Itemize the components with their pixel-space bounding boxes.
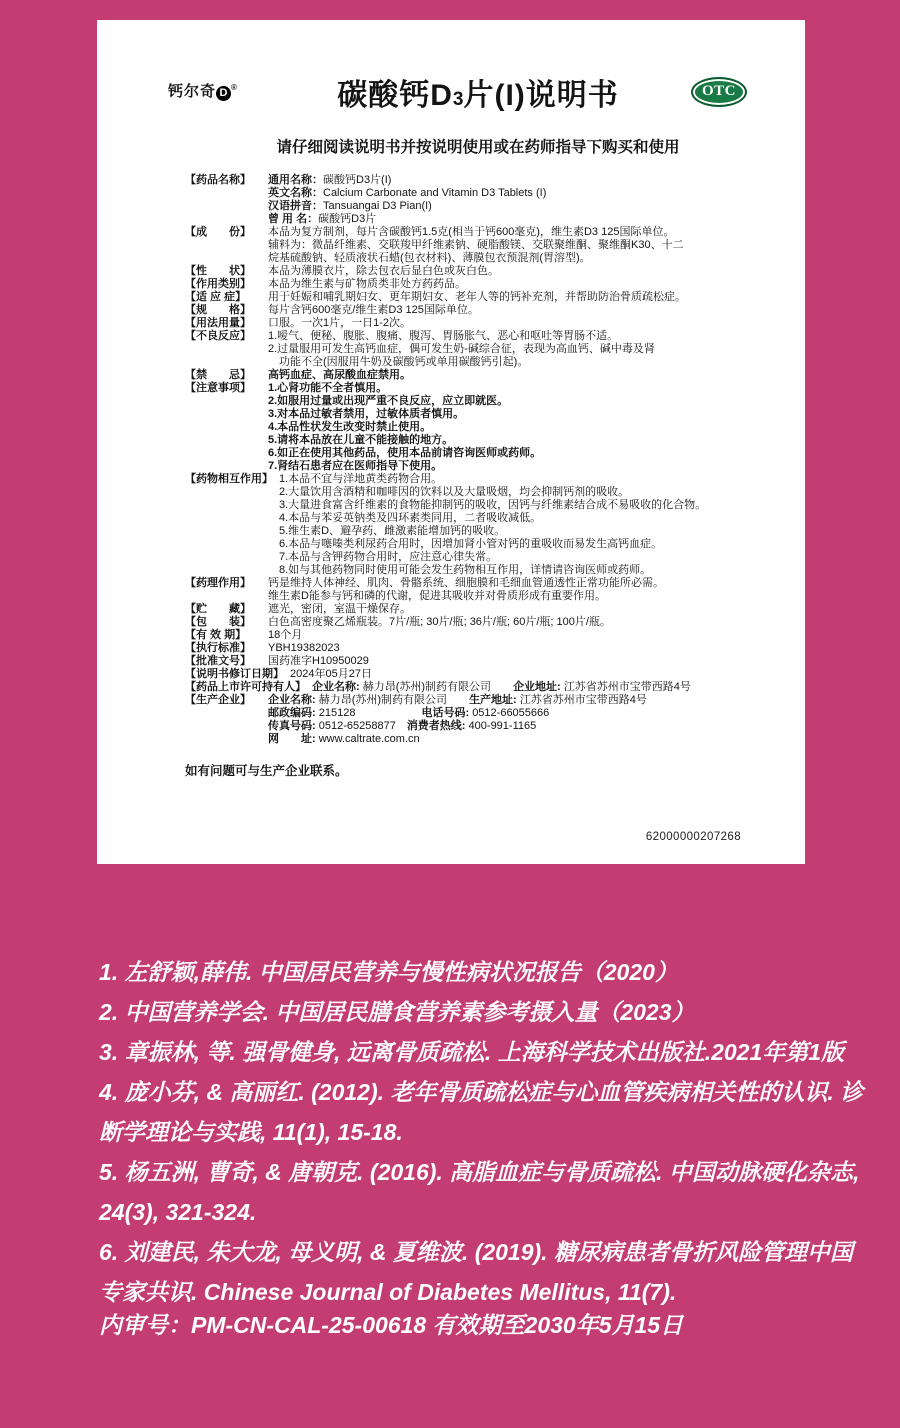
field-text: 215128: [319, 707, 422, 719]
section-line: 3.对本品过敏者禁用，过敏体质者慎用。: [268, 408, 771, 421]
section-line: 功能不全(因服用牛奶及碳酸钙或单用碳酸钙引起)。: [268, 356, 771, 369]
field-text: 碳酸钙D3片: [318, 213, 376, 225]
section-line: 7.肾结石患者应在医师指导下使用。: [268, 460, 771, 473]
field-label: 企业地址:: [513, 681, 564, 693]
section-label: 【生产企业】: [185, 694, 268, 707]
field-label: 4.本品性状发生改变时禁止使用。: [268, 421, 431, 433]
field-label: 6.如正在使用其他药品，使用本品前请咨询医师或药师。: [268, 447, 541, 459]
section-line: 18个月: [268, 629, 771, 642]
field-text: 18个月: [268, 629, 302, 641]
brand-d-mark-icon: D: [216, 86, 231, 101]
product-code: 62000000207268: [185, 831, 741, 843]
field-text: 1.嗳气、便秘、腹胀、腹痛、腹泻、胃肠胀气、恶心和呕吐等胃肠不适。: [268, 330, 618, 342]
field-text: 5.维生素D、避孕药、雌激素能增加钙的吸收。: [279, 525, 505, 537]
section-line: 英文名称：Calcium Carbonate and Vitamin D3 Ta…: [268, 187, 771, 200]
section-label: 【不良反应】: [185, 330, 268, 343]
section-label: 【注意事项】: [185, 382, 268, 395]
section-content: 遮光，密闭，室温干燥保存。: [268, 603, 771, 616]
section-line: 6.如正在使用其他药品，使用本品前请咨询医师或药师。: [268, 447, 771, 460]
section-line: 遮光，密闭，室温干燥保存。: [268, 603, 771, 616]
field-label: 企业名称:: [268, 694, 319, 706]
leaflet-sections: 【药品名称】通用名称：碳酸钙D3片(I)英文名称：Calcium Carbona…: [185, 174, 771, 746]
section-line: 汉语拼音：Tansuangai D3 Pian(I): [268, 200, 771, 213]
section-row: 【说明书修订日期】2024年05月27日: [185, 668, 771, 681]
field-text: 0512-65258877: [319, 720, 407, 732]
contact-note: 如有问题可与生产企业联系。: [185, 761, 771, 779]
section-line: 4.本品与苯妥英钠类及四环素类同用，二者吸收减低。: [279, 512, 771, 525]
title-subscript: 3: [453, 89, 464, 110]
field-text: 2024年05月27日: [290, 668, 372, 680]
section-content: 口服。一次1片，一日1-2次。: [268, 317, 771, 330]
section-row: 【不良反应】1.嗳气、便秘、腹胀、腹痛、腹泻、胃肠胀气、恶心和呕吐等胃肠不适。2…: [185, 330, 771, 369]
field-text: 白色高密度聚乙烯瓶装。7片/瓶; 30片/瓶; 36片/瓶; 60片/瓶; 10…: [268, 616, 611, 628]
section-label: 【药品名称】: [185, 174, 268, 187]
field-label: 通用名称：: [268, 174, 323, 186]
reference-item: 1. 左舒颖,薛伟. 中国居民营养与慢性病状况报告（2020）: [99, 952, 867, 992]
reference-item: 3. 章振林, 等. 强骨健身, 远离骨质疏松. 上海科学技术出版社.2021年…: [99, 1032, 867, 1072]
section-line: 通用名称：碳酸钙D3片(I): [268, 174, 771, 187]
reference-item: 5. 杨五洲, 曹奇, & 唐朝克. (2016). 高脂血症与骨质疏松. 中国…: [99, 1152, 867, 1232]
field-label: 3.对本品过敏者禁用，过敏体质者慎用。: [268, 408, 464, 420]
field-text: 6.本品与噻嗪类利尿药合用时，因增加肾小管对钙的重吸收而易发生高钙血症。: [279, 538, 662, 550]
section-content: 18个月: [268, 629, 771, 642]
field-text: Tansuangai D3 Pian(I): [323, 200, 432, 212]
field-text: 赫力昂(苏州)制药有限公司: [319, 694, 469, 706]
section-line: 维生素D能参与钙和磷的代谢，促进其吸收并对骨质形成有重要作用。: [268, 590, 771, 603]
section-line: 2.如服用过量或出现严重不良反应，应立即就医。: [268, 395, 771, 408]
section-content: 用于妊娠和哺乳期妇女、更年期妇女、老年人等的钙补充剂，并帮助防治骨质疏松症。: [268, 291, 771, 304]
section-row: 【生产企业】企业名称: 赫力昂(苏州)制药有限公司 生产地址: 江苏省苏州市宝带…: [185, 694, 771, 746]
field-text: 2.大量饮用含酒精和咖啡因的饮料以及大量吸烟，均会抑制钙剂的吸收。: [279, 486, 629, 498]
section-row: 【药理作用】钙是维持人体神经、肌肉、骨骼系统、细胞膜和毛细血管通透性正常功能所必…: [185, 577, 771, 603]
field-label: 曾 用 名：: [268, 213, 318, 225]
field-text: 每片含钙600毫克/维生素D3 125国际单位。: [268, 304, 479, 316]
references-list: 1. 左舒颖,薛伟. 中国居民营养与慢性病状况报告（2020）2. 中国营养学会…: [99, 952, 867, 1312]
section-line: 3.大量进食富含纤维素的食物能抑制钙的吸收，因钙与纤维素结合成不易吸收的化合物。: [279, 499, 771, 512]
section-content: 1.心肾功能不全者慎用。2.如服用过量或出现严重不良反应，应立即就医。3.对本品…: [268, 382, 771, 473]
brand-logo: 钙尔奇D®: [168, 80, 237, 101]
field-text: 维生素D能参与钙和磷的代谢，促进其吸收并对骨质形成有重要作用。: [268, 590, 606, 602]
section-row: 【性 状】本品为薄膜衣片，除去包衣后显白色或灰白色。: [185, 265, 771, 278]
field-text: 8.如与其他药物同时使用可能会发生药物相互作用，详情请咨询医师或药师。: [279, 564, 651, 576]
section-line: 4.本品性状发生改变时禁止使用。: [268, 421, 771, 434]
field-text: 4.本品与苯妥英钠类及四环素类同用，二者吸收减低。: [279, 512, 541, 524]
field-text: Calcium Carbonate and Vitamin D3 Tablets…: [323, 187, 546, 199]
section-row: 【贮 藏】遮光，密闭，室温干燥保存。: [185, 603, 771, 616]
field-label: 消费者热线:: [407, 720, 469, 732]
section-label: 【说明书修订日期】: [185, 668, 290, 681]
section-content: 高钙血症、高尿酸血症禁用。: [268, 369, 771, 382]
title-text-1: 碳酸钙D: [337, 79, 453, 112]
section-content: 国药准字H10950029: [268, 655, 771, 668]
section-row: 【包 装】白色高密度聚乙烯瓶装。7片/瓶; 30片/瓶; 36片/瓶; 60片/…: [185, 616, 771, 629]
section-label: 【有 效 期】: [185, 629, 268, 642]
audit-number-line: 内审号：PM-CN-CAL-25-00618 有效期至2030年5月15日: [99, 1308, 867, 1342]
section-label: 【作用类别】: [185, 278, 268, 291]
field-label: 网 址:: [268, 733, 319, 745]
leaflet-title: 碳酸钙D3片(I)说明书: [185, 78, 771, 118]
product-leaflet: 钙尔奇D® OTC 碳酸钙D3片(I)说明书 请仔细阅读说明书并按说明使用或在药…: [97, 20, 805, 864]
section-label: 【用法用量】: [185, 317, 268, 330]
field-text: 江苏省苏州市宝带西路4号: [520, 694, 647, 706]
page-background: { "colors": { "background": "#C33D72", "…: [0, 0, 900, 1428]
field-label: 传真号码:: [268, 720, 319, 732]
section-line: 国药准字H10950029: [268, 655, 771, 668]
section-line: 邮政编码: 215128 电话号码: 0512-66055666: [268, 707, 771, 720]
section-line: 用于妊娠和哺乳期妇女、更年期妇女、老年人等的钙补充剂，并帮助防治骨质疏松症。: [268, 291, 771, 304]
section-content: 2024年05月27日: [290, 668, 771, 681]
section-line: 2.大量饮用含酒精和咖啡因的饮料以及大量吸烟，均会抑制钙剂的吸收。: [279, 486, 771, 499]
section-line: 本品为薄膜衣片，除去包衣后显白色或灰白色。: [268, 265, 771, 278]
section-line: 本品为复方制剂，每片含碳酸钙1.5克(相当于钙600毫克)，维生素D3 125国…: [268, 226, 771, 239]
section-label: 【药理作用】: [185, 577, 268, 590]
section-content: 每片含钙600毫克/维生素D3 125国际单位。: [268, 304, 771, 317]
field-text: 赫力昂(苏州)制药有限公司: [363, 681, 513, 693]
field-label: 电话号码:: [421, 707, 472, 719]
field-label: 生产地址:: [469, 694, 520, 706]
field-text: 用于妊娠和哺乳期妇女、更年期妇女、老年人等的钙补充剂，并帮助防治骨质疏松症。: [268, 291, 686, 303]
section-line: 烷基硫酸钠、轻质液状石蜡(包衣材料)、薄膜包衣预混剂(胃溶型)。: [268, 252, 771, 265]
field-label: 7.肾结石患者应在医师指导下使用。: [268, 460, 442, 472]
section-line: 1.嗳气、便秘、腹胀、腹痛、腹泻、胃肠胀气、恶心和呕吐等胃肠不适。: [268, 330, 771, 343]
section-row: 【成 份】本品为复方制剂，每片含碳酸钙1.5克(相当于钙600毫克)，维生素D3…: [185, 226, 771, 265]
field-label: 英文名称：: [268, 187, 323, 199]
field-text: 江苏省苏州市宝带西路4号: [564, 681, 691, 693]
section-row: 【作用类别】本品为维生素与矿物质类非处方药药品。: [185, 278, 771, 291]
field-text: 1.本品不宜与洋地黄类药物合用。: [279, 473, 442, 485]
field-label: 邮政编码:: [268, 707, 319, 719]
section-line: 6.本品与噻嗪类利尿药合用时，因增加肾小管对钙的重吸收而易发生高钙血症。: [279, 538, 771, 551]
title-text-2: 片(I)说明书: [463, 79, 618, 112]
section-row: 【批准文号】国药准字H10950029: [185, 655, 771, 668]
section-row: 【禁 忌】高钙血症、高尿酸血症禁用。: [185, 369, 771, 382]
field-text: 遮光，密闭，室温干燥保存。: [268, 603, 411, 615]
field-label: 高钙血症、高尿酸血症禁用。: [268, 369, 411, 381]
field-text: 3.大量进食富含纤维素的食物能抑制钙的吸收，因钙与纤维素结合成不易吸收的化合物。: [279, 499, 706, 511]
section-line: 2.过量服用可发生高钙血症，偶可发生奶-碱综合征，表现为高血钙、碱中毒及肾: [268, 343, 771, 356]
section-label: 【成 份】: [185, 226, 268, 239]
section-row: 【药品上市许可持有人】企业名称: 赫力昂(苏州)制药有限公司 企业地址: 江苏省…: [185, 681, 771, 694]
section-label: 【药品上市许可持有人】: [185, 681, 312, 694]
brand-name: 钙尔奇: [168, 83, 216, 100]
section-line: 传真号码: 0512-65258877 消费者热线: 400-991-1165: [268, 720, 771, 733]
section-label: 【贮 藏】: [185, 603, 268, 616]
section-content: 企业名称: 赫力昂(苏州)制药有限公司 企业地址: 江苏省苏州市宝带西路4号: [312, 681, 771, 694]
section-label: 【禁 忌】: [185, 369, 268, 382]
section-content: 企业名称: 赫力昂(苏州)制药有限公司 生产地址: 江苏省苏州市宝带西路4号邮政…: [268, 694, 771, 746]
section-row: 【适 应 症】用于妊娠和哺乳期妇女、更年期妇女、老年人等的钙补充剂，并帮助防治骨…: [185, 291, 771, 304]
section-line: 企业名称: 赫力昂(苏州)制药有限公司 生产地址: 江苏省苏州市宝带西路4号: [268, 694, 771, 707]
section-content: 白色高密度聚乙烯瓶装。7片/瓶; 30片/瓶; 36片/瓶; 60片/瓶; 10…: [268, 616, 771, 629]
reference-item: 6. 刘建民, 朱大龙, 母义明, & 夏维波. (2019). 糖尿病患者骨折…: [99, 1232, 867, 1312]
section-label: 【适 应 症】: [185, 291, 268, 304]
section-line: 7.本品与含钾药物合用时，应注意心律失常。: [279, 551, 771, 564]
section-row: 【执行标准】YBH19382023: [185, 642, 771, 655]
field-text: 7.本品与含钾药物合用时，应注意心律失常。: [279, 551, 497, 563]
reference-item: 4. 庞小芬, & 高丽红. (2012). 老年骨质疏松症与心血管疾病相关性的…: [99, 1072, 867, 1152]
field-text: 本品为复方制剂，每片含碳酸钙1.5克(相当于钙600毫克)，维生素D3 125国…: [268, 226, 674, 238]
section-line: 1.心肾功能不全者慎用。: [268, 382, 771, 395]
section-label: 【药物相互作用】: [185, 473, 279, 486]
field-text: 本品为维生素与矿物质类非处方药药品。: [268, 278, 466, 290]
section-content: 1.本品不宜与洋地黄类药物合用。2.大量饮用含酒精和咖啡因的饮料以及大量吸烟，均…: [279, 473, 771, 577]
readme-notice: 请仔细阅读说明书并按说明使用或在药师指导下购买和使用: [185, 135, 771, 157]
section-line: YBH19382023: [268, 642, 771, 655]
field-text: www.caltrate.com.cn: [319, 733, 420, 745]
reference-item: 2. 中国营养学会. 中国居民膳食营养素参考摄入量（2023）: [99, 992, 867, 1032]
section-line: 2024年05月27日: [290, 668, 771, 681]
section-row: 【用法用量】口服。一次1片，一日1-2次。: [185, 317, 771, 330]
field-text: 0512-66055666: [472, 707, 549, 719]
field-text: 烷基硫酸钠、轻质液状石蜡(包衣材料)、薄膜包衣预混剂(胃溶型)。: [268, 252, 591, 264]
field-text: 400-991-1165: [469, 720, 537, 732]
field-label: 1.心肾功能不全者慎用。: [268, 382, 387, 394]
field-text: YBH19382023: [268, 642, 340, 654]
section-label: 【执行标准】: [185, 642, 268, 655]
section-label: 【规 格】: [185, 304, 268, 317]
field-text: 口服。一次1片，一日1-2次。: [268, 317, 411, 329]
section-line: 5.维生素D、避孕药、雌激素能增加钙的吸收。: [279, 525, 771, 538]
field-text: 2.过量服用可发生高钙血症，偶可发生奶-碱综合征，表现为高血钙、碱中毒及肾: [268, 343, 655, 355]
field-label: 5.请将本品放在儿童不能接触的地方。: [268, 434, 453, 446]
section-line: 钙是维持人体神经、肌肉、骨骼系统、细胞膜和毛细血管通透性正常功能所必需。: [268, 577, 771, 590]
section-line: 高钙血症、高尿酸血症禁用。: [268, 369, 771, 382]
section-content: YBH19382023: [268, 642, 771, 655]
otc-badge-icon: OTC: [691, 77, 747, 107]
section-line: 本品为维生素与矿物质类非处方药药品。: [268, 278, 771, 291]
section-row: 【有 效 期】18个月: [185, 629, 771, 642]
section-line: 每片含钙600毫克/维生素D3 125国际单位。: [268, 304, 771, 317]
registered-mark-icon: ®: [231, 83, 237, 92]
section-line: 网 址: www.caltrate.com.cn: [268, 733, 771, 746]
section-line: 8.如与其他药物同时使用可能会发生药物相互作用，详情请咨询医师或药师。: [279, 564, 771, 577]
field-text: 本品为薄膜衣片，除去包衣后显白色或灰白色。: [268, 265, 499, 277]
field-label: 2.如服用过量或出现严重不良反应，应立即就医。: [268, 395, 508, 407]
field-text: 钙是维持人体神经、肌肉、骨骼系统、细胞膜和毛细血管通透性正常功能所必需。: [268, 577, 664, 589]
section-line: 5.请将本品放在儿童不能接触的地方。: [268, 434, 771, 447]
section-line: 辅料为：微晶纤维素、交联羧甲纤维素钠、硬脂酸镁、交联聚维酮、聚维酮K30、十二: [268, 239, 771, 252]
field-text: 功能不全(因服用牛奶及碳酸钙或单用碳酸钙引起)。: [268, 356, 528, 368]
field-label: 汉语拼音：: [268, 200, 323, 212]
field-text: 辅料为：微晶纤维素、交联羧甲纤维素钠、硬脂酸镁、交联聚维酮、聚维酮K30、十二: [268, 239, 684, 251]
section-row: 【注意事项】1.心肾功能不全者慎用。2.如服用过量或出现严重不良反应，应立即就医…: [185, 382, 771, 473]
section-row: 【规 格】每片含钙600毫克/维生素D3 125国际单位。: [185, 304, 771, 317]
section-line: 1.本品不宜与洋地黄类药物合用。: [279, 473, 771, 486]
section-content: 本品为薄膜衣片，除去包衣后显白色或灰白色。: [268, 265, 771, 278]
section-line: 口服。一次1片，一日1-2次。: [268, 317, 771, 330]
field-text: 碳酸钙D3片(I): [323, 174, 391, 186]
section-line: 企业名称: 赫力昂(苏州)制药有限公司 企业地址: 江苏省苏州市宝带西路4号: [312, 681, 771, 694]
section-label: 【性 状】: [185, 265, 268, 278]
section-content: 1.嗳气、便秘、腹胀、腹痛、腹泻、胃肠胀气、恶心和呕吐等胃肠不适。2.过量服用可…: [268, 330, 771, 369]
section-row: 【药物相互作用】1.本品不宜与洋地黄类药物合用。2.大量饮用含酒精和咖啡因的饮料…: [185, 473, 771, 577]
section-row: 【药品名称】通用名称：碳酸钙D3片(I)英文名称：Calcium Carbona…: [185, 174, 771, 226]
section-content: 本品为复方制剂，每片含碳酸钙1.5克(相当于钙600毫克)，维生素D3 125国…: [268, 226, 771, 265]
section-line: 白色高密度聚乙烯瓶装。7片/瓶; 30片/瓶; 36片/瓶; 60片/瓶; 10…: [268, 616, 771, 629]
section-content: 本品为维生素与矿物质类非处方药药品。: [268, 278, 771, 291]
section-content: 钙是维持人体神经、肌肉、骨骼系统、细胞膜和毛细血管通透性正常功能所必需。维生素D…: [268, 577, 771, 603]
field-text: 国药准字H10950029: [268, 655, 369, 667]
section-label: 【批准文号】: [185, 655, 268, 668]
field-label: 企业名称:: [312, 681, 363, 693]
section-line: 曾 用 名：碳酸钙D3片: [268, 213, 771, 226]
section-content: 通用名称：碳酸钙D3片(I)英文名称：Calcium Carbonate and…: [268, 174, 771, 226]
section-label: 【包 装】: [185, 616, 268, 629]
